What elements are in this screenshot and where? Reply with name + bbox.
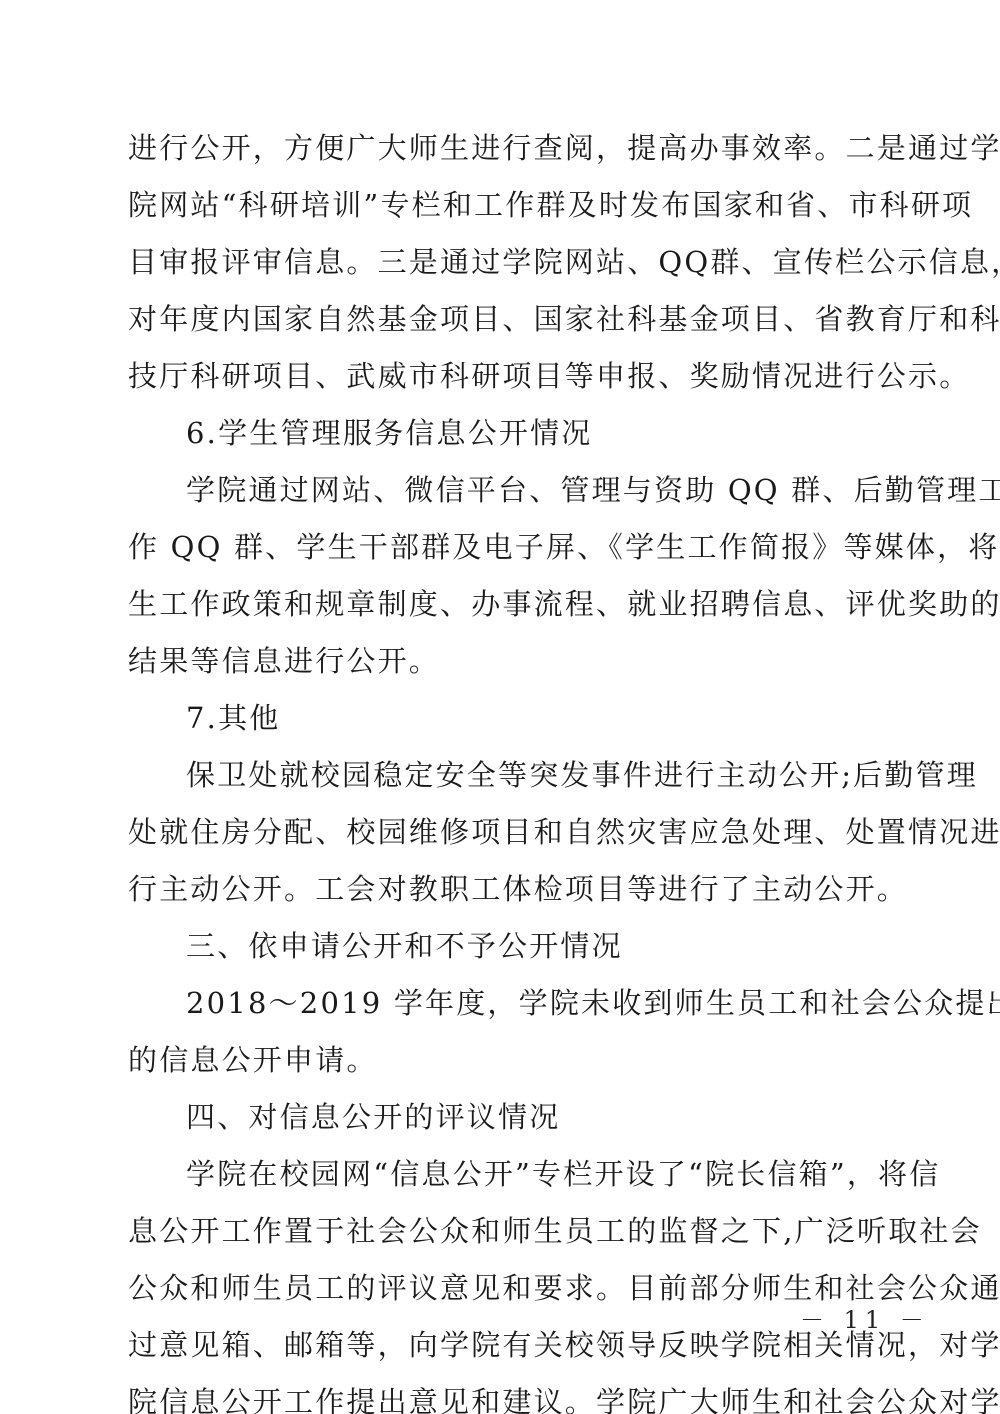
section-heading-4: 四、对信息公开的评议情况 xyxy=(186,1097,560,1137)
paragraph-line: 院信息公开工作提出意见和建议。学院广大师生和社会公众对学 xyxy=(128,1382,1000,1414)
page-number: － 11 － xyxy=(800,1300,930,1335)
section-heading-3: 三、依申请公开和不予公开情况 xyxy=(186,926,623,966)
paragraph-line: 的信息公开申请。 xyxy=(128,1040,378,1080)
paragraph-line: 息公开工作置于社会公众和师生员工的监督之下,广泛听取社会 xyxy=(128,1211,982,1251)
paragraph-line: 作 QQ 群、学生干部群及电子屏、《学生工作简报》等媒体，将学 xyxy=(128,527,1000,567)
paragraph-line: 技厅科研项目、武威市科研项目等申报、奖励情况进行公示。 xyxy=(128,356,970,396)
paragraph-line: 目审报评审信息。三是通过学院网站、QQ群、宣传栏公示信息， xyxy=(128,242,1000,282)
paragraph-line: 院网站“科研培训”专栏和工作群及时发布国家和省、市科研项 xyxy=(128,185,973,225)
paragraph-line: 保卫处就校园稳定安全等突发事件进行主动公开;后勤管理 xyxy=(186,755,978,795)
paragraph-line: 对年度内国家自然基金项目、国家社科基金项目、省教育厅和科 xyxy=(128,299,1000,339)
subheading-student-services: 6.学生管理服务信息公开情况 xyxy=(186,413,592,453)
subheading-other: 7.其他 xyxy=(186,698,280,738)
paragraph-line: 进行公开，方便广大师生进行查阅，提高办事效率。二是通过学 xyxy=(128,128,1000,168)
paragraph-line: 生工作政策和规章制度、办事流程、就业招聘信息、评优奖助的 xyxy=(128,584,1000,624)
paragraph-line: 处就住房分配、校园维修项目和自然灾害应急处理、处置情况进 xyxy=(128,812,1000,852)
paragraph-line: 学院在校园网“信息公开”专栏开设了“院长信箱”，将信 xyxy=(186,1154,941,1194)
paragraph-line: 学院通过网站、微信平台、管理与资助 QQ 群、后勤管理工 xyxy=(186,470,1000,510)
paragraph-line: 结果等信息进行公开。 xyxy=(128,641,440,681)
paragraph-line: 行主动公开。工会对教职工体检项目等进行了主动公开。 xyxy=(128,869,908,909)
paragraph-line: 2018～2019 学年度，学院未收到师生员工和社会公众提出 xyxy=(186,983,1000,1023)
